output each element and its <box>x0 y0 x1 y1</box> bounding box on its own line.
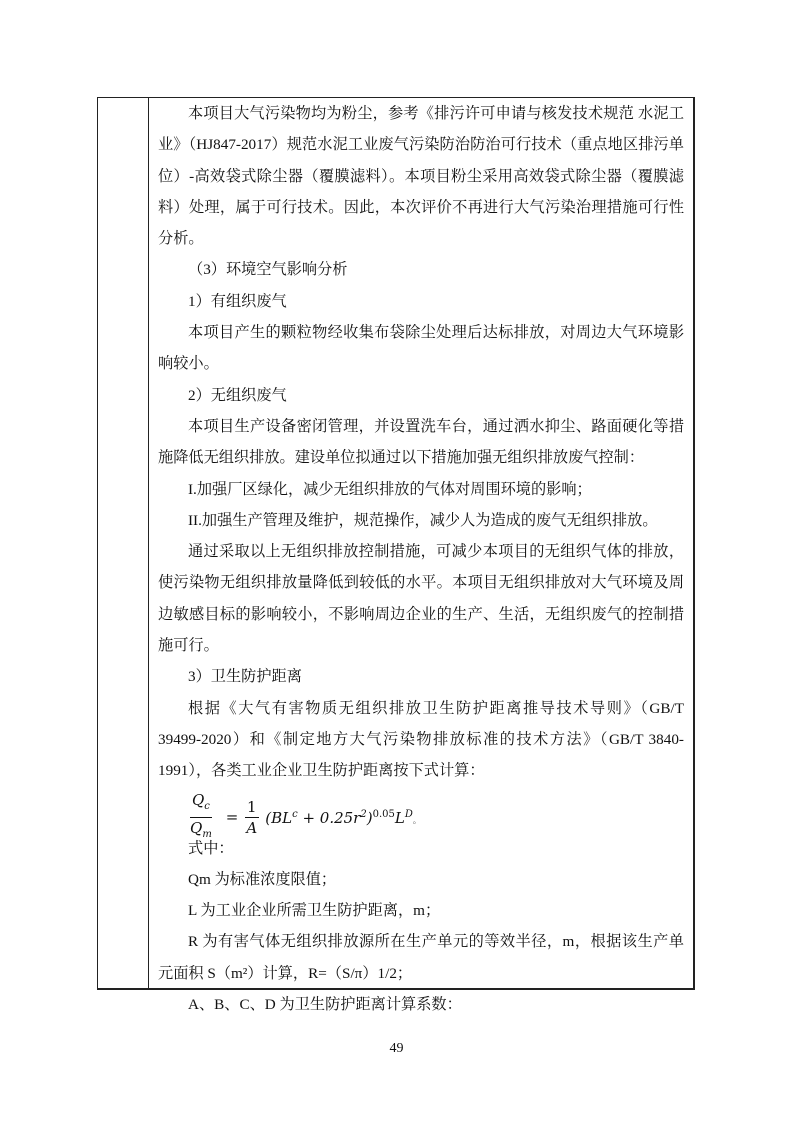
table-content-cell: 本项目大气污染物均为粉尘，参考《排污许可申请与核发技术规范 水泥工业》（HJ84… <box>158 98 684 1020</box>
paragraph-protection-distance: 根据《大气有害物质无组织排放卫生防护距离推导技术导则》（GB/T 39499-2… <box>158 693 684 787</box>
definition-coefficients: A、B、C、D 为卫生防护距离计算系数： <box>158 989 684 1020</box>
definition-l: L 为工业企业所需卫生防护距离，m； <box>158 895 684 926</box>
page-number: 49 <box>0 1041 793 1057</box>
paragraph-organized-emission: 本项目产生的颗粒物经收集布袋除尘处理后达标排放，对周边大气环境影响较小。 <box>158 317 684 380</box>
table-left-column <box>98 98 149 988</box>
paragraph-fugitive-emission: 本项目生产设备密闭管理，并设置洗车台，通过洒水抑尘、路面硬化等措施降低无组织排放… <box>158 411 684 474</box>
measure-item-1: I.加强厂区绿化，减少无组织排放的气体对周围环境的影响； <box>158 474 684 505</box>
formula-coefficient-fraction: 1 A <box>244 797 259 838</box>
heading-organized-emission: 1）有组织废气 <box>158 286 684 317</box>
content-table: 本项目大气污染物均为粉尘，参考《排污许可申请与核发技术规范 水泥工业》（HJ84… <box>97 97 695 990</box>
heading-air-impact: （3）环境空气影响分析 <box>158 254 684 285</box>
heading-protection-distance: 3）卫生防护距离 <box>158 661 684 692</box>
heading-fugitive-emission: 2）无组织废气 <box>158 380 684 411</box>
measure-item-2: II.加强生产管理及维护，规范操作，减少人为造成的废气无组织排放。 <box>158 505 684 536</box>
definition-r: R 为有害气体无组织排放源所在生产单元的等效半径，m，根据该生产单元面积 S（m… <box>158 926 684 989</box>
where-label: 式中： <box>158 833 684 864</box>
paragraph-dust-control: 本项目大气污染物均为粉尘，参考《排污许可申请与核发技术规范 水泥工业》（HJ84… <box>158 98 684 254</box>
definition-qm: Qm 为标准浓度限值； <box>158 864 684 895</box>
formula-body: (BLc + 0.25r2)0.05LD。 <box>265 799 421 836</box>
paragraph-fugitive-conclusion: 通过采取以上无组织排放控制措施，可减少本项目的无组织气体的排放，使污染物无组织排… <box>158 536 684 661</box>
